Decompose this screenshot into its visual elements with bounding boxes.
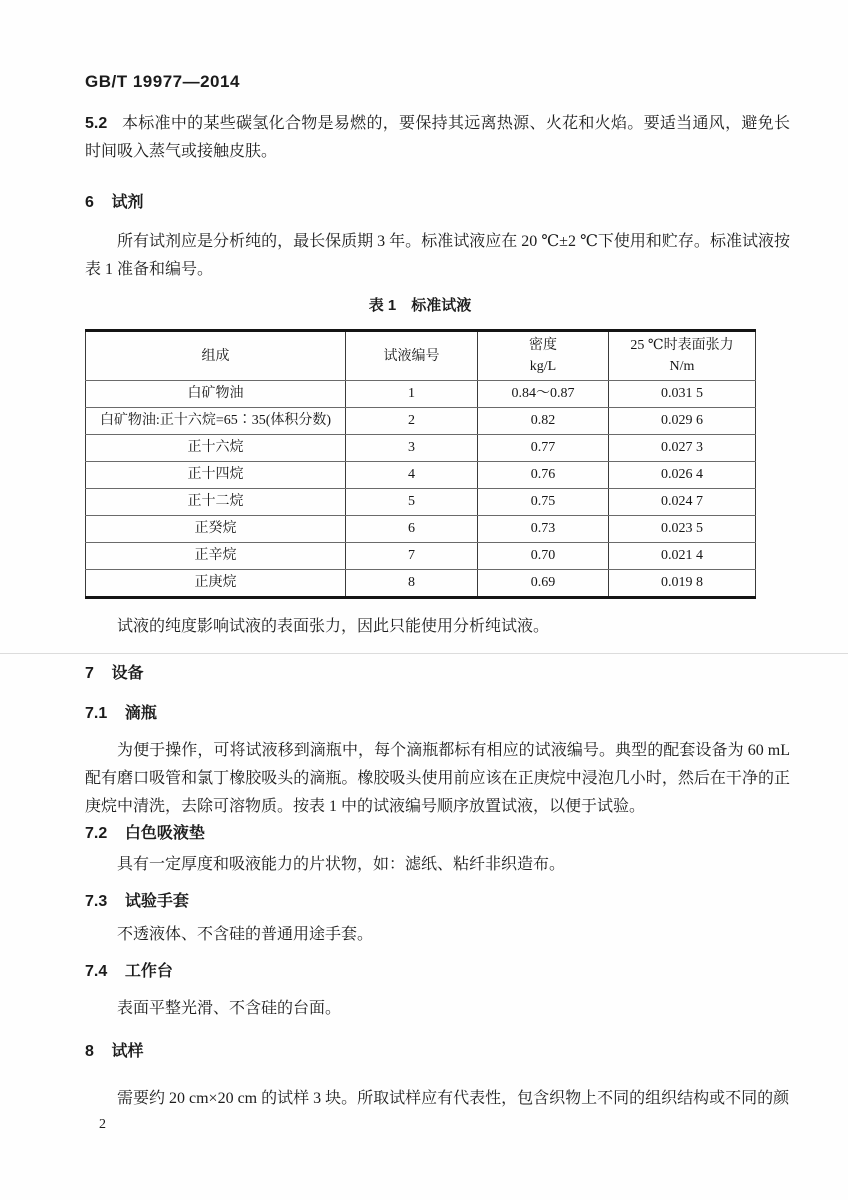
clause-5-2: 5.2本标准中的某些碳氢化合物是易燃的，要保持其远离热源、火花和火焰。要适当通风… [85,110,790,166]
col-header-tension-unit: N/m [613,356,751,377]
cell-composition: 正癸烷 [86,516,346,543]
table-row: 白矿物油:正十六烷=65∶35(体积分数) 2 0.82 0.029 6 [86,408,756,435]
heading-7-3-title: 试验手套 [125,891,189,913]
heading-7-3-test-gloves: 7.3 试验手套 [85,891,790,913]
cell-tension: 0.021 4 [609,543,756,570]
heading-6-number: 6 [85,192,94,214]
heading-7-4-number: 7.4 [85,961,107,983]
cell-density: 0.70 [478,543,609,570]
table-row: 正十二烷 5 0.75 0.024 7 [86,489,756,516]
cell-tension: 0.019 8 [609,570,756,598]
clause-8-text: 需要约 20 cm×20 cm 的试样 3 块。所取试样应有代表性，包含织物上不… [85,1085,790,1113]
col-header-density: 密度 kg/L [478,331,609,381]
heading-6-reagents: 6 试剂 [85,192,790,214]
table-1-title: 表 1 标准试液 [85,294,755,315]
heading-7-title: 设备 [112,663,144,685]
heading-7-1-title: 滴瓶 [125,703,157,725]
cell-tension: 0.023 5 [609,516,756,543]
cell-number: 8 [346,570,478,598]
table-row: 正辛烷 7 0.70 0.021 4 [86,543,756,570]
col-header-composition: 组成 [86,331,346,381]
cell-number: 1 [346,381,478,408]
cell-density: 0.84～0.87 [478,381,609,408]
clause-7-4-text: 表面平整光滑、不含硅的台面。 [85,995,790,1023]
clause-7-2-text: 具有一定厚度和吸液能力的片状物，如：滤纸、粘纤非织造布。 [85,851,790,879]
heading-6-title: 试剂 [112,192,144,214]
heading-7-equipment: 7 设备 [85,663,790,685]
col-header-density-unit: kg/L [482,356,604,377]
cell-tension: 0.026 4 [609,462,756,489]
cell-composition: 正辛烷 [86,543,346,570]
table-row: 白矿物油 1 0.84～0.87 0.031 5 [86,381,756,408]
cell-density: 0.82 [478,408,609,435]
heading-8-specimen: 8 试样 [85,1041,790,1063]
scan-artifact-line [0,653,848,654]
clause-5-2-number: 5.2 [85,115,107,132]
cell-composition: 正十二烷 [86,489,346,516]
cell-number: 2 [346,408,478,435]
heading-8-title: 试样 [112,1041,144,1063]
doc-number: GB/T 19977—2014 [85,72,790,92]
table-header-row: 组成 试液编号 密度 kg/L 25 ℃时表面张力 N/m [86,331,756,381]
table-row: 正十四烷 4 0.76 0.026 4 [86,462,756,489]
cell-number: 7 [346,543,478,570]
cell-tension: 0.027 3 [609,435,756,462]
cell-density: 0.77 [478,435,609,462]
cell-number: 5 [346,489,478,516]
cell-composition: 正庚烷 [86,570,346,598]
heading-7-2-title: 白色吸液垫 [125,823,205,845]
cell-density: 0.73 [478,516,609,543]
cell-composition: 正十四烷 [86,462,346,489]
clause-7-3-text: 不透液体、不含硅的普通用途手套。 [85,921,790,949]
clause-5-2-text: 本标准中的某些碳氢化合物是易燃的，要保持其远离热源、火花和火焰。要适当通风，避免… [85,115,790,160]
heading-7-2-number: 7.2 [85,823,107,845]
cell-density: 0.75 [478,489,609,516]
cell-tension: 0.024 7 [609,489,756,516]
heading-7-4-title: 工作台 [125,961,173,983]
cell-density: 0.76 [478,462,609,489]
cell-composition: 白矿物油:正十六烷=65∶35(体积分数) [86,408,346,435]
heading-7-1-number: 7.1 [85,703,107,725]
cell-tension: 0.029 6 [609,408,756,435]
table-note: 试液的纯度影响试液的表面张力，因此只能使用分析纯试液。 [85,613,790,641]
heading-8-number: 8 [85,1041,94,1063]
col-header-density-label: 密度 [482,335,604,356]
standard-solutions-table: 组成 试液编号 密度 kg/L 25 ℃时表面张力 N/m 白矿物油 1 0.8… [85,329,756,599]
cell-number: 4 [346,462,478,489]
heading-7-1-dropper-bottle: 7.1 滴瓶 [85,703,790,725]
col-header-surface-tension: 25 ℃时表面张力 N/m [609,331,756,381]
heading-7-2-absorbent-pad: 7.2 白色吸液垫 [85,823,790,845]
cell-composition: 白矿物油 [86,381,346,408]
page-number: 2 [85,1115,790,1135]
cell-tension: 0.031 5 [609,381,756,408]
clause-7-1-text: 为便于操作，可将试液移到滴瓶中，每个滴瓶都标有相应的试液编号。典型的配套设备为 … [85,737,790,821]
cell-composition: 正十六烷 [86,435,346,462]
cell-number: 3 [346,435,478,462]
table-row: 正十六烷 3 0.77 0.027 3 [86,435,756,462]
heading-7-number: 7 [85,663,94,685]
heading-7-4-workbench: 7.4 工作台 [85,961,790,983]
clause-6-text: 所有试剂应是分析纯的，最长保质期 3 年。标准试液应在 20 ℃±2 ℃下使用和… [85,228,790,284]
col-header-solution-number: 试液编号 [346,331,478,381]
cell-density: 0.69 [478,570,609,598]
heading-7-3-number: 7.3 [85,891,107,913]
document-page: GB/T 19977—2014 5.2本标准中的某些碳氢化合物是易燃的，要保持其… [0,0,848,1200]
table-row: 正庚烷 8 0.69 0.019 8 [86,570,756,598]
table-row: 正癸烷 6 0.73 0.023 5 [86,516,756,543]
cell-number: 6 [346,516,478,543]
col-header-tension-label: 25 ℃时表面张力 [613,335,751,356]
